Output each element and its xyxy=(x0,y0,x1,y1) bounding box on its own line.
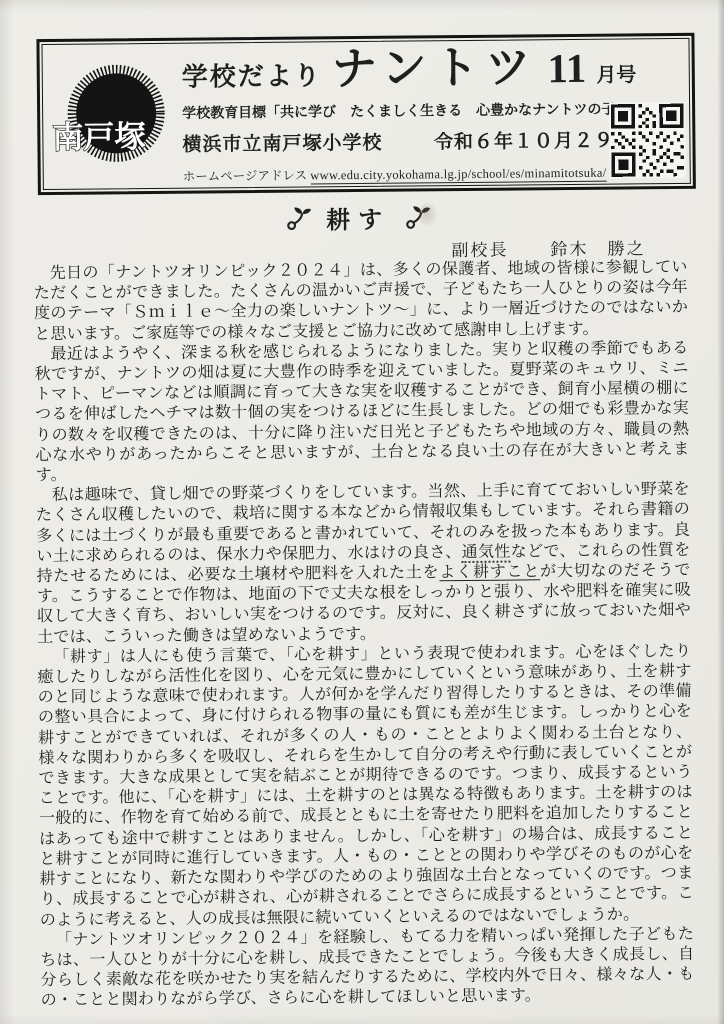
emphasized-text: 通気性 xyxy=(461,543,510,562)
homepage-label: ホームページアドレス xyxy=(183,169,308,184)
article-paragraph-4: 「耕す」は人にも使う言葉で、「心を耕す」という表現で使われます。心をほぐしたり癒… xyxy=(37,642,694,931)
scanned-newsletter-page: 南戸塚 学校だより ナントツ 11 月号 学校教育目標「共に学び たくましく生き… xyxy=(0,0,724,1024)
sprout-icon xyxy=(285,204,312,231)
homepage-url: www.edu.city.yokohama.lg.jp/school/es/mi… xyxy=(310,166,606,185)
sunburst-circle-icon: 南戸塚 xyxy=(50,51,177,186)
underlined-text: よく耕すこと xyxy=(439,563,540,581)
school-logo-text: 南戸塚 xyxy=(52,119,145,155)
school-name: 横浜市立南戸塚小学校 xyxy=(182,133,382,156)
article-paragraph-2: 最近はようやく、深まる秋を感じられるようになりました。実りと収穫の季節でもある秋… xyxy=(34,339,689,487)
school-goal: 学校教育目標「共に学び たくましく生きる 心豊かなナントツの子」 xyxy=(182,98,682,123)
ink-smudge xyxy=(418,203,437,226)
issue-date: 令和６年１０月２９日 xyxy=(434,130,634,153)
issue-unit: 月号 xyxy=(596,58,636,87)
author-role: 副校長 xyxy=(451,236,508,262)
article-paragraph-1: 先日の「ナントツオリンピック２０２４」は、多くの保護者、地域の皆様に参観していた… xyxy=(34,258,689,345)
masthead: 南戸塚 学校だより ナントツ 11 月号 学校教育目標「共に学び たくましく生き… xyxy=(36,33,695,195)
article-body: 先日の「ナントツオリンピック２０２４」は、多くの保護者、地域の皆様に参観していた… xyxy=(34,258,695,1012)
masthead-title-line: 学校だより ナントツ 11 月号 xyxy=(182,44,682,94)
article-title-row: 耕す xyxy=(33,197,683,238)
author-name: 鈴木 勝之 xyxy=(550,234,645,260)
school-name-and-date: 横浜市立南戸塚小学校 令和６年１０月２９日 xyxy=(182,125,682,157)
issue-number: 11 xyxy=(547,48,586,89)
article-paragraph-3: 私は趣味で、貸し畑での野菜づくりをしています。当然、上手に育てておいしい野菜をた… xyxy=(36,480,692,648)
article-paragraph-5: 「ナントツオリンピック２０２４」を経験し、もてる力を精いっぱい発揮した子どもたち… xyxy=(40,925,695,1012)
article-title: 耕す xyxy=(326,200,390,236)
school-logo: 南戸塚 xyxy=(50,51,177,186)
qr-code-icon xyxy=(609,102,686,179)
series-label: 学校だより xyxy=(182,55,322,93)
newsletter-name: ナントツ xyxy=(332,45,538,92)
spacer xyxy=(388,132,428,153)
qr-code-image xyxy=(609,102,686,179)
